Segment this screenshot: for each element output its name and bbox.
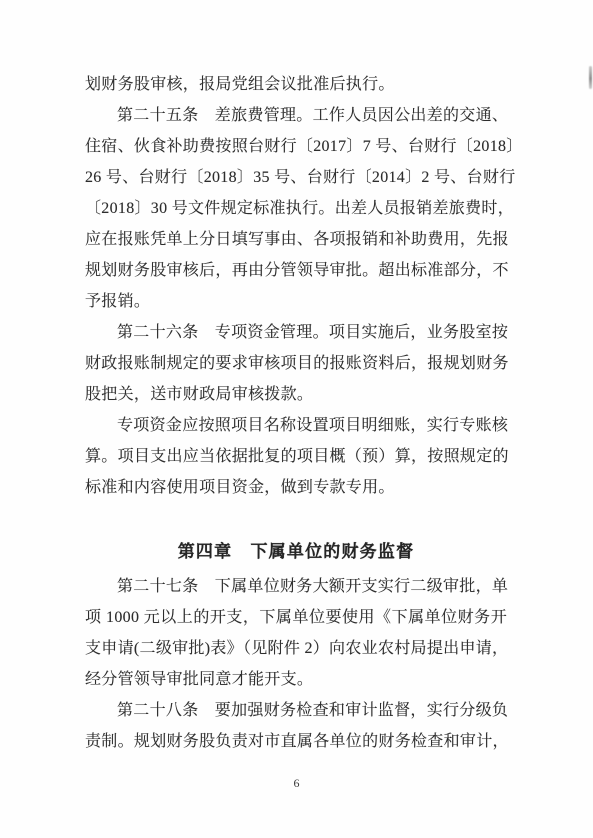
document-line: 第二十八条 要加强财务检查和审计监督，实行分级负 (85, 695, 507, 726)
document-line: 应在报账凭单上分日填写事由、各项报销和补助费用，先报 (85, 224, 507, 255)
document-line: 财政报账制规定的要求审核项目的报账资料后，报规划财务 (85, 348, 507, 379)
document-line: 项 1000 元以上的开支，下属单位要使用《下属单位财务开 (85, 602, 507, 633)
document-line: 标准和内容使用项目资金，做到专款专用。 (85, 472, 507, 503)
document-line: 〔2018〕30 号文件规定标准执行。出差人员报销差旅费时， (85, 193, 507, 224)
document-line: 股把关，送市财政局审核拨款。 (85, 379, 507, 410)
document-line: 规划财务股审核后，再由分管领导审批。超出标准部分，不 (85, 255, 507, 286)
document-line: 26 号、台财行〔2018〕35 号、台财行〔2014〕2 号、台财行 (85, 162, 507, 193)
document-line: 经分管领导审批同意才能开支。 (85, 664, 507, 695)
document-body: 划财务股审核，报局党组会议批准后执行。第二十五条 差旅费管理。工作人员因公出差的… (85, 69, 507, 757)
document-line: 住宿、伙食补助费按照台财行〔2017〕7 号、台财行〔2018〕 (85, 131, 507, 162)
document-page: 划财务股审核，报局党组会议批准后执行。第二十五条 差旅费管理。工作人员因公出差的… (0, 0, 593, 838)
document-line: 责制。规划财务股负责对市直属各单位的财务检查和审计， (85, 726, 507, 757)
chapter-heading: 第四章 下属单位的财务监督 (85, 536, 507, 567)
document-line: 支申请(二级审批)表》（见附件 2）向农业农村局提出申请， (85, 633, 507, 664)
document-line: 第二十七条 下属单位财务大额开支实行二级审批，单 (85, 571, 507, 602)
scan-artifact-mark (589, 66, 592, 89)
document-line: 专项资金应按照项目名称设置项目明细账，实行专账核 (85, 410, 507, 441)
screenshot-root: { "colors": { "page_background": "#fefef… (0, 0, 593, 838)
document-line: 第二十五条 差旅费管理。工作人员因公出差的交通、 (85, 100, 507, 131)
document-line: 划财务股审核，报局党组会议批准后执行。 (85, 69, 507, 100)
document-line: 第二十六条 专项资金管理。项目实施后，业务股室按 (85, 317, 507, 348)
page-number: 6 (0, 773, 593, 793)
document-line: 算。项目支出应当依据批复的项目概（预）算，按照规定的 (85, 441, 507, 472)
document-line: 予报销。 (85, 286, 507, 317)
